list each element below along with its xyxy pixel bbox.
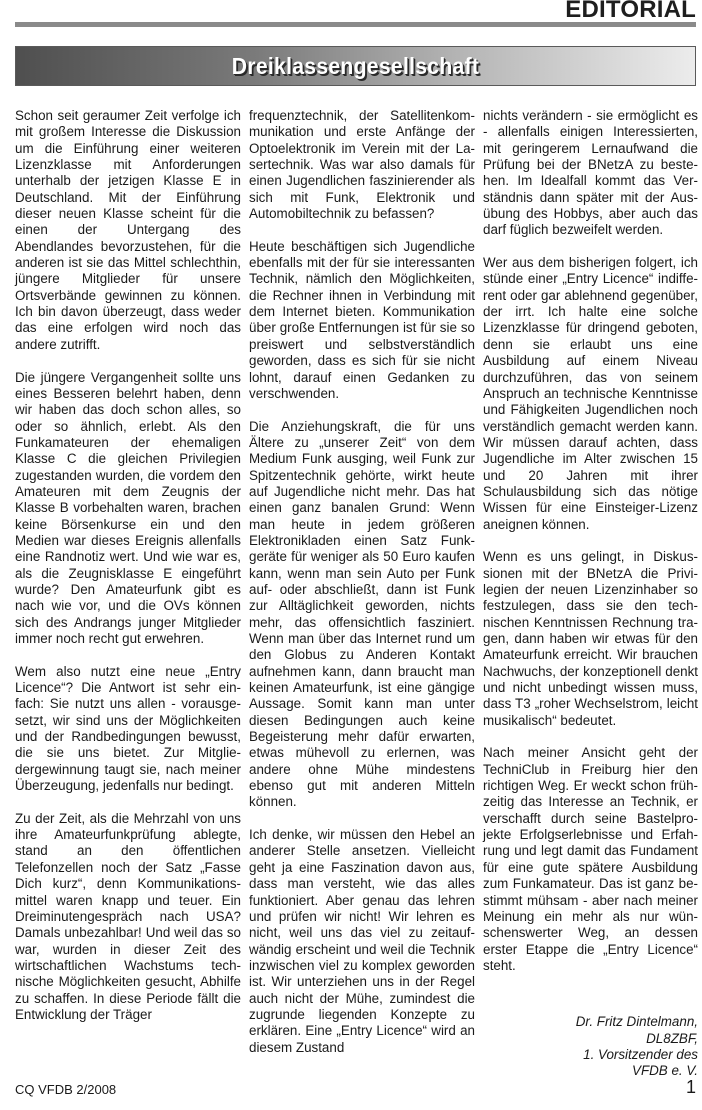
article-body: Schon seit geraumer Zeit verfolge ich mi… bbox=[15, 108, 698, 1078]
title-banner: Dreiklassengesellschaft bbox=[15, 46, 696, 86]
paragraph: Heute beschäftigen sich Jugend­liche ebe… bbox=[249, 239, 475, 402]
paragraph: Wem also nutzt eine neue „Entry Licence“… bbox=[15, 664, 241, 795]
paragraph: Ich denke, wir müssen den Hebel an ander… bbox=[249, 827, 475, 1056]
paragraph: Zu der Zeit, als die Mehrzahl von uns ih… bbox=[15, 811, 241, 1023]
article-title: Dreiklassengesellschaft bbox=[232, 53, 479, 80]
author-name: Dr. Fritz Dintelmann, bbox=[483, 1014, 698, 1030]
author-signature: Dr. Fritz Dintelmann, DL8ZBF, 1. Vorsitz… bbox=[483, 1014, 698, 1079]
author-callsign: DL8ZBF, bbox=[483, 1031, 698, 1047]
column-1: Schon seit geraumer Zeit verfolge ich mi… bbox=[15, 108, 241, 1040]
author-organization: VFDB e. V. bbox=[483, 1063, 698, 1079]
header-rule bbox=[15, 22, 696, 27]
paragraph: Die jüngere Vergangenheit sollte uns ein… bbox=[15, 370, 241, 648]
column-2: frequenztechnik, der Satellitenkom­munik… bbox=[249, 108, 475, 1072]
section-label: EDITORIAL bbox=[565, 0, 696, 23]
paragraph: Wer aus dem bisherigen folgert, ich stün… bbox=[483, 255, 698, 533]
page-number: 1 bbox=[686, 1077, 696, 1098]
paragraph: Die Anziehungskraft, die für uns Ältere … bbox=[249, 419, 475, 811]
paragraph: frequenztechnik, der Satellitenkom­munik… bbox=[249, 108, 475, 222]
paragraph: Wenn es uns gelingt, in Diskus­sionen mi… bbox=[483, 549, 698, 729]
publication-footer: CQ VFDB 2/2008 bbox=[15, 1082, 116, 1097]
author-role: 1. Vorsitzender des bbox=[483, 1047, 698, 1063]
paragraph: Schon seit geraumer Zeit verfolge ich mi… bbox=[15, 108, 241, 353]
paragraph: nichts verändern - sie ermöglicht es - a… bbox=[483, 108, 698, 239]
paragraph: Nach meiner Ansicht geht der TechniClub … bbox=[483, 745, 698, 974]
column-3: nichts verändern - sie ermöglicht es - a… bbox=[483, 108, 698, 1080]
